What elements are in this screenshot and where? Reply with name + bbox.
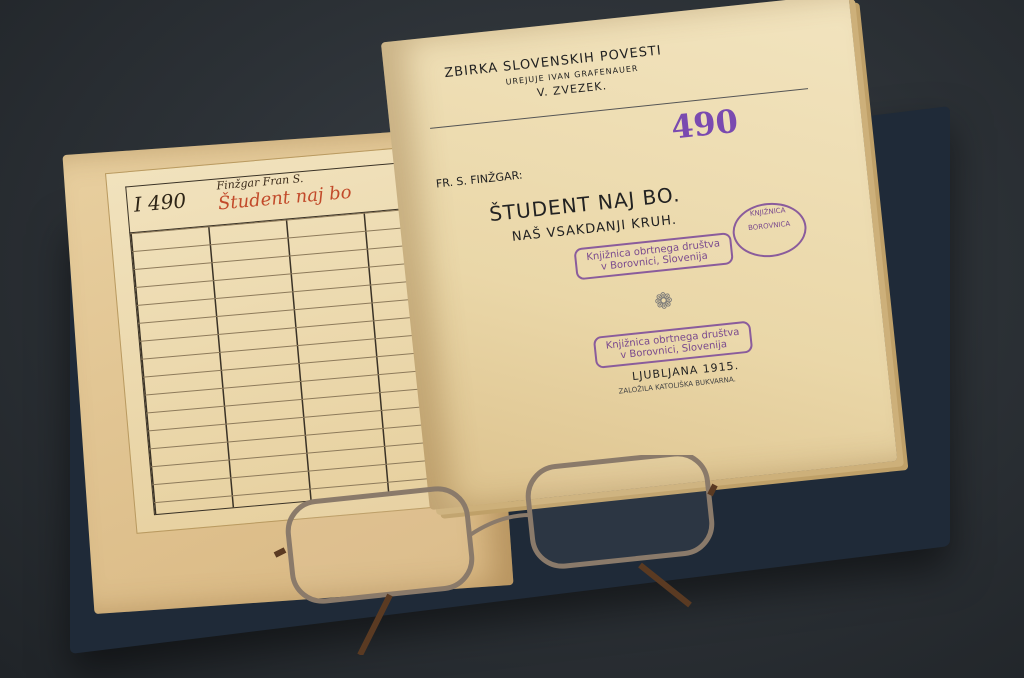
round-stamp: KNJIŽNICA BOROVNICA	[730, 199, 809, 260]
divider-rule	[430, 88, 808, 129]
card-signature: I 490	[133, 188, 187, 216]
inventory-number: 490	[669, 102, 739, 147]
title-page: ZBIRKA SLOVENSKIH POVESTI UREJUJE IVAN G…	[381, 0, 898, 510]
ornament-icon: ❁	[653, 289, 674, 316]
photo-scene: I 490 Finžgar Fran S. Študent naj bo X 3…	[0, 0, 1024, 678]
book-author: FR. S. FINŽGAR:	[435, 169, 523, 191]
library-stamp-1: Knjižnica obrtnega društva v Borovnici, …	[573, 232, 734, 280]
reading-glasses-icon	[270, 455, 730, 655]
